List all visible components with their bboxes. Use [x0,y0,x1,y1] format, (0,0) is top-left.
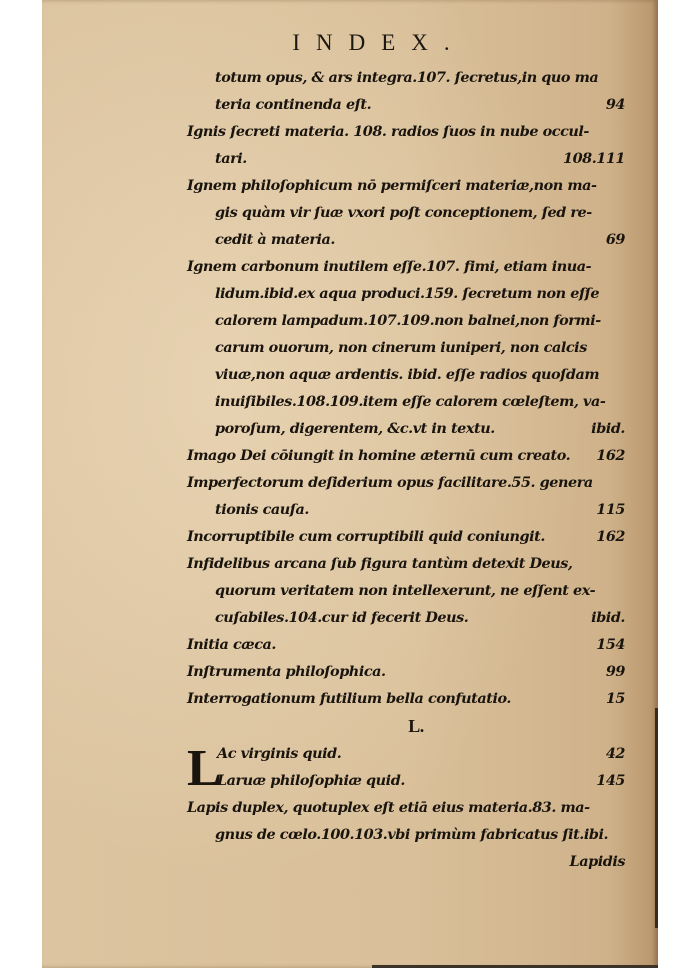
entry-text: Ignem philoſophicum nō permiſceri materi… [187,172,597,199]
index-entry-continuation: cuſabiles.104.cur id fecerit Deus.ibid. [187,604,625,631]
index-entry-continuation: gis quàm vir ſuæ vxori poſt conceptionem… [187,199,625,226]
entry-text: totum opus, & ars integra.107. ſecretus,… [215,64,598,91]
entry-text: Ignis ſecreti materia. 108. radios ſuos … [187,118,589,145]
entry-text: Lapis duplex, quotuplex eſt etiā eius ma… [187,794,590,821]
index-entry-continuation: inuiſibiles.108.109.item eſſe calorem cœ… [187,388,625,415]
index-entry: Lapis duplex, quotuplex eſt etiā eius ma… [187,794,625,821]
index-entry: Imago Dei cōiungit in homine æternū cum … [187,442,625,469]
index-entry-continuation: calorem lampadum.107.109.non balnei,non … [187,307,625,334]
entry-text: tari. [215,145,247,172]
index-entry-continuation: viuæ,non aquæ ardentis. ibid. eſſe radio… [187,361,625,388]
entry-text: tionis cauſa. [215,496,309,523]
index-entry-continuation: tionis cauſa.115 [187,496,625,523]
entry-text: cedit à materia. [215,226,335,253]
index-entry: Ignem philoſophicum nō permiſceri materi… [187,172,625,199]
index-entry: Inſtrumenta philoſophica.99 [187,658,625,685]
index-entry-continuation: lidum.ibid.ex aqua produci.159. ſecretum… [187,280,625,307]
entry-text: inuiſibiles.108.109.item eſſe calorem cœ… [215,388,605,415]
entry-page-ref: 162 [596,442,625,469]
index-section-I: totum opus, & ars integra.107. ſecretus,… [187,64,625,712]
index-entry: Laruæ philoſophiæ quid. 145 [187,767,625,794]
index-entry-continuation: quorum veritatem non intellexerunt, ne e… [187,577,625,604]
entry-text: gnus de cœlo.100.103.vbi primùm fabricat… [215,821,608,848]
entry-page-ref: 115 [596,496,625,523]
entry-text: Laruæ philoſophiæ quid. [217,767,405,794]
index-entry-continuation: gnus de cœlo.100.103.vbi primùm fabricat… [187,821,625,848]
entry-page-ref: 145 [596,767,625,794]
index-entry-continuation: tari.108.111 [187,145,625,172]
index-entry-continuation: teria continenda eſt.94 [187,91,625,118]
entry-text: calorem lampadum.107.109.non balnei,non … [215,307,601,334]
entry-text: Inſtrumenta philoſophica. [187,658,386,685]
entry-text: cuſabiles.104.cur id fecerit Deus. [215,604,468,631]
entry-text: gis quàm vir ſuæ vxori poſt conceptionem… [215,199,592,226]
index-entry: Imperfectorum deſiderium opus facilitare… [187,469,625,496]
entry-text: quorum veritatem non intellexerunt, ne e… [215,577,595,604]
entry-page-ref: 42 [606,740,625,767]
entry-page-ref: 154 [596,631,625,658]
entry-page-ref: 108.111 [563,145,625,172]
entry-text: Ac virginis quid. [217,740,341,767]
entry-text: Interrogationum futilium bella confutati… [187,685,511,712]
entry-text: Imperfectorum deſiderium opus facilitare… [187,469,593,496]
entry-page-ref: 162 [596,523,625,550]
entry-page-ref: 69 [606,226,625,253]
index-entry: Incorruptibile cum corruptibili quid con… [187,523,625,550]
entry-page-ref: 94 [606,91,625,118]
section-heading-L: L. [187,712,625,740]
index-entry-continuation: poroſum, digerentem, &c.vt in textu.ibid… [187,415,625,442]
index-entry-continuation: totum opus, & ars integra.107. ſecretus,… [187,64,625,91]
entry-text: Infidelibus arcana ſub figura tantùm det… [187,550,572,577]
index-entry-continuation: carum ouorum, non cinerum iuniperi, non … [187,334,625,361]
index-entry: Ignis ſecreti materia. 108. radios ſuos … [187,118,625,145]
entry-page-ref: 99 [606,658,625,685]
entry-text: Incorruptibile cum corruptibili quid con… [187,523,545,550]
entry-text: Initia cæca. [187,631,276,658]
index-entry: Interrogationum futilium bella confutati… [187,685,625,712]
entry-text: poroſum, digerentem, &c.vt in textu. [215,415,495,442]
index-entry-continuation: cedit à materia.69 [187,226,625,253]
entry-page-ref: ibid. [591,415,625,442]
entry-page-ref: ibid. [591,604,625,631]
index-text-block: totum opus, & ars integra.107. ſecretus,… [187,64,625,875]
page-header-title: INDEX. [42,30,658,56]
dropcap-block: L Ac virginis quid. 42 Laruæ philoſophiæ… [187,740,625,794]
entry-text: carum ouorum, non cinerum iuniperi, non … [215,334,587,361]
book-page: INDEX. totum opus, & ars integra.107. ſe… [42,0,658,968]
entry-page-ref: 15 [606,685,625,712]
catchword-line: Lapidis [187,848,625,875]
entry-text: viuæ,non aquæ ardentis. ibid. eſſe radio… [215,361,599,388]
index-entry: Ignem carbonum inutilem eſſe.107. fimi, … [187,253,625,280]
index-entry: Ac virginis quid. 42 [187,740,625,767]
catchword: Lapidis [570,848,625,875]
index-entry: Infidelibus arcana ſub figura tantùm det… [187,550,625,577]
entry-text: teria continenda eſt. [215,91,371,118]
entry-text: Imago Dei cōiungit in homine æternū cum … [187,442,570,469]
entry-text: lidum.ibid.ex aqua produci.159. ſecretum… [215,280,599,307]
index-entry: Initia cæca.154 [187,631,625,658]
entry-text: Ignem carbonum inutilem eſſe.107. fimi, … [187,253,591,280]
